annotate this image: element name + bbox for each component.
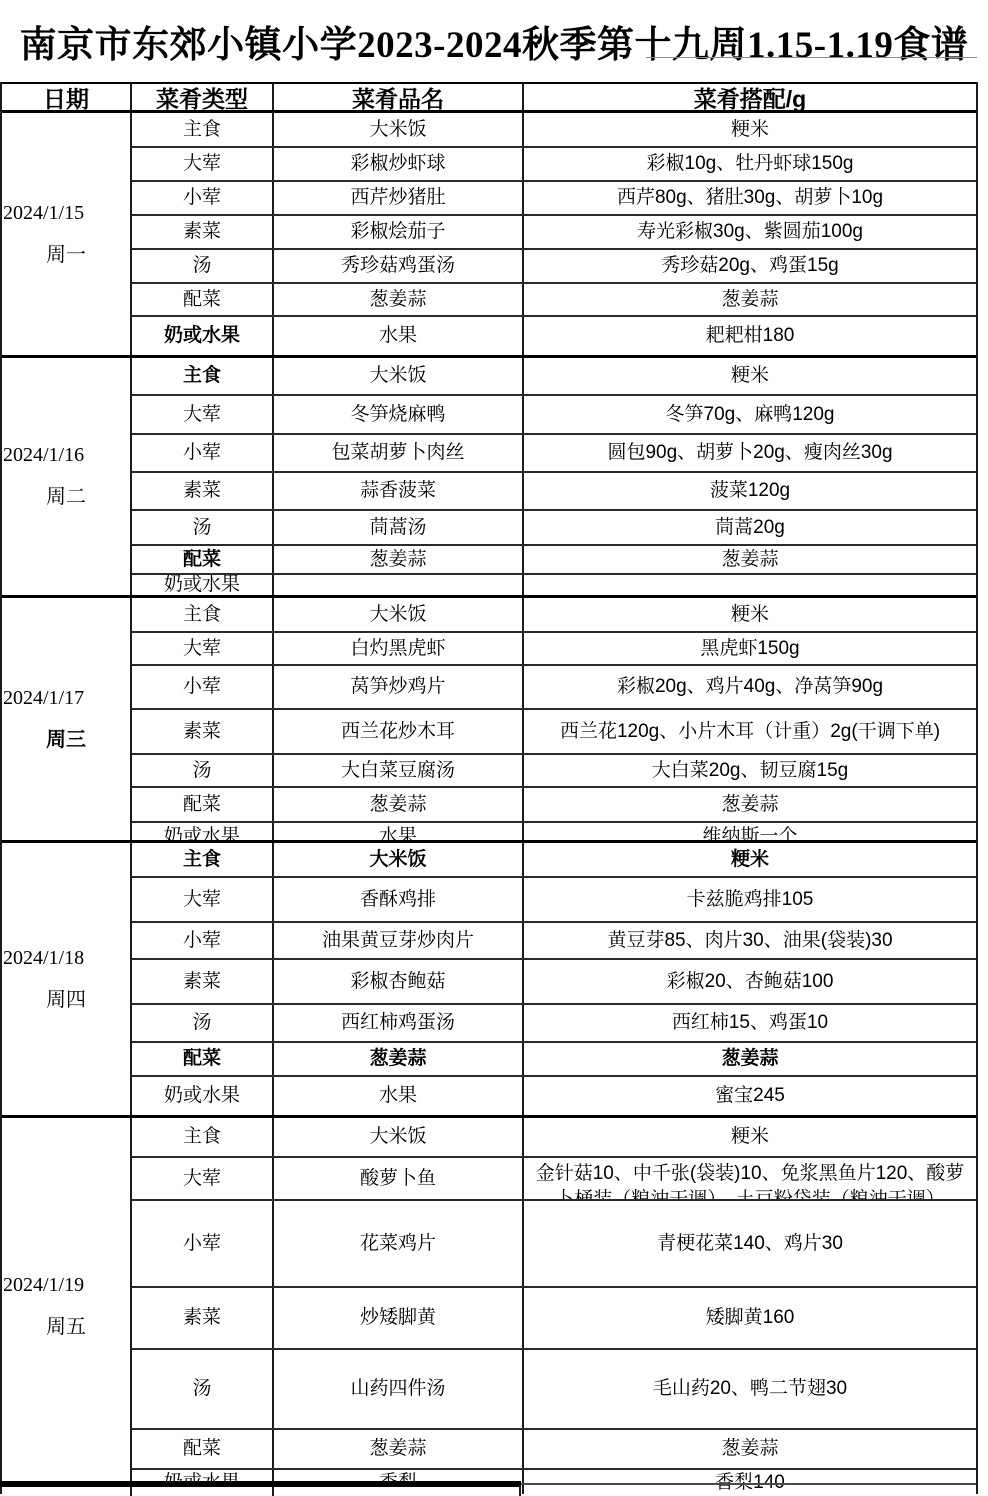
dish-pairing-cell: 冬笋70g、麻鸭120g (524, 396, 976, 433)
dish-type-cell: 配菜 (132, 1430, 274, 1468)
column-border-segment (130, 1487, 132, 1496)
menu-row: 奶或水果水果耙耙柑180 (132, 317, 976, 355)
menu-row: 配菜葱姜蒜葱姜蒜 (132, 546, 976, 575)
day-block: 2024/1/15周一主食大米饭粳米大荤彩椒炒虾球彩椒10g、牡丹虾球150g小… (2, 113, 976, 358)
dish-name-cell: 大米饭 (274, 1118, 524, 1156)
weekday-text: 周三 (46, 723, 86, 752)
dish-type-cell: 大荤 (132, 148, 274, 180)
dish-name-cell: 西红柿鸡蛋汤 (274, 1005, 524, 1041)
dish-pairing-cell: 葱姜蒜 (524, 1043, 976, 1075)
dish-type-cell: 小荤 (132, 435, 274, 471)
header-cell-date: 日期 (2, 84, 132, 110)
dish-type-cell: 大荤 (132, 1158, 274, 1199)
dish-name-cell: 葱姜蒜 (274, 1043, 524, 1075)
dish-pairing-cell: 香梨140 (524, 1470, 976, 1494)
dish-type-cell: 汤 (132, 755, 274, 786)
days: 2024/1/15周一主食大米饭粳米大荤彩椒炒虾球彩椒10g、牡丹虾球150g小… (2, 113, 976, 1494)
dish-name-cell: 水果 (274, 1077, 524, 1115)
header-row: 日期 菜肴类型 菜肴品名 菜肴搭配/g (2, 82, 976, 113)
dish-type-cell: 大荤 (132, 633, 274, 664)
header-cell-pairing: 菜肴搭配/g (524, 84, 976, 110)
dish-name-cell: 彩椒烩茄子 (274, 216, 524, 248)
dish-pairing-cell (524, 575, 976, 595)
dish-type-cell: 小荤 (132, 182, 274, 214)
date-text: 2024/1/16 (2, 444, 130, 467)
dish-pairing-cell: 耙耙柑180 (524, 317, 976, 355)
dish-type-cell: 素菜 (132, 473, 274, 509)
weekday-text: 周二 (46, 480, 86, 509)
dish-type-cell: 大荤 (132, 396, 274, 433)
menu-row: 大荤白灼黑虎虾黑虎虾150g (132, 633, 976, 666)
dish-name-cell: 花菜鸡片 (274, 1201, 524, 1286)
dish-pairing-cell: 菠菜120g (524, 473, 976, 509)
dish-pairing-cell: 圆包90g、胡萝卜20g、瘦肉丝30g (524, 435, 976, 471)
weekday-text: 周五 (46, 1310, 86, 1339)
menu-row: 奶或水果水果维纳斯一个 (132, 823, 976, 840)
dish-type-cell: 素菜 (132, 710, 274, 753)
date-cell: 2024/1/17周三 (2, 598, 132, 840)
dish-name-cell (274, 575, 524, 595)
dish-pairing-cell: 葱姜蒜 (524, 546, 976, 573)
dish-name-cell: 彩椒杏鲍菇 (274, 960, 524, 1003)
date-text: 2024/1/19 (2, 1274, 130, 1297)
menu-row: 小荤花菜鸡片青梗花菜140、鸡片30 (132, 1201, 976, 1288)
dish-type-cell: 主食 (132, 843, 274, 876)
menu-row: 主食大米饭粳米 (132, 358, 976, 396)
menu-row: 素菜西兰花炒木耳西兰花120g、小片木耳（计重）2g(干调下单) (132, 710, 976, 755)
date-cell: 2024/1/15周一 (2, 113, 132, 355)
menu-row: 汤茼蒿汤茼蒿20g (132, 511, 976, 546)
menu-row: 主食大米饭粳米 (132, 1118, 976, 1158)
dish-name-cell: 包菜胡萝卜肉丝 (274, 435, 524, 471)
menu-row: 小荤包菜胡萝卜肉丝圆包90g、胡萝卜20g、瘦肉丝30g (132, 435, 976, 473)
dish-pairing-cell: 葱姜蒜 (524, 788, 976, 821)
dish-name-cell: 葱姜蒜 (274, 284, 524, 315)
header-cell-name: 菜肴品名 (274, 84, 524, 110)
menu-row: 汤山药四件汤毛山药20、鸭二节翅30 (132, 1350, 976, 1430)
menu-row: 大荤冬笋烧麻鸭冬笋70g、麻鸭120g (132, 396, 976, 435)
dish-type-cell: 大荤 (132, 878, 274, 921)
border-cover (2, 1487, 519, 1496)
dish-name-cell: 大米饭 (274, 113, 524, 146)
menu-table: 日期 菜肴类型 菜肴品名 菜肴搭配/g 2024/1/15周一主食大米饭粳米大荤… (0, 82, 978, 1494)
date-text: 2024/1/15 (2, 202, 130, 225)
dish-pairing-cell: 粳米 (524, 1118, 976, 1156)
menu-row: 素菜炒矮脚黄矮脚黄160 (132, 1288, 976, 1350)
dish-pairing-cell: 黄豆芽85、肉片30、油果(袋装)30 (524, 923, 976, 958)
menu-row: 大荤彩椒炒虾球彩椒10g、牡丹虾球150g (132, 148, 976, 182)
dish-type-cell: 配菜 (132, 546, 274, 573)
dish-type-cell: 主食 (132, 358, 274, 394)
menu-row: 主食大米饭粳米 (132, 113, 976, 148)
recipe-title: 南京市东郊小镇小学2023-2024秋季第十九周1.15-1.19食谱 (0, 0, 988, 82)
dish-pairing-cell: 西兰花120g、小片木耳（计重）2g(干调下单) (524, 710, 976, 753)
dish-type-cell: 小荤 (132, 666, 274, 708)
dish-pairing-cell: 茼蒿20g (524, 511, 976, 544)
menu-row: 奶或水果水果蜜宝245 (132, 1077, 976, 1115)
dish-type-cell: 小荤 (132, 923, 274, 958)
dish-name-cell: 大米饭 (274, 358, 524, 394)
weekday-text: 周四 (46, 983, 86, 1012)
dish-pairing-cell: 矮脚黄160 (524, 1288, 976, 1348)
dish-name-cell: 葱姜蒜 (274, 788, 524, 821)
dish-name-cell: 大白菜豆腐汤 (274, 755, 524, 786)
date-cell: 2024/1/19周五 (2, 1118, 132, 1494)
date-text: 2024/1/17 (2, 687, 130, 710)
dish-name-cell: 莴笋炒鸡片 (274, 666, 524, 708)
weekday-text: 周一 (46, 238, 86, 267)
dish-name-cell: 酸萝卜鱼 (274, 1158, 524, 1199)
dish-name-cell: 炒矮脚黄 (274, 1288, 524, 1348)
dish-name-cell: 茼蒿汤 (274, 511, 524, 544)
dish-pairing-cell: 粳米 (524, 598, 976, 631)
menu-row: 主食大米饭粳米 (132, 843, 976, 878)
date-cell: 2024/1/16周二 (2, 358, 132, 595)
dish-type-cell: 小荤 (132, 1201, 274, 1286)
menu-row: 小荤西芹炒猪肚西芹80g、猪肚30g、胡萝卜10g (132, 182, 976, 216)
menu-row: 配菜葱姜蒜葱姜蒜 (132, 1043, 976, 1077)
menu-row: 小荤油果黄豆芽炒肉片黄豆芽85、肉片30、油果(袋装)30 (132, 923, 976, 960)
dish-type-cell: 主食 (132, 113, 274, 146)
dish-name-cell: 冬笋烧麻鸭 (274, 396, 524, 433)
dish-type-cell: 奶或水果 (132, 823, 274, 840)
dish-name-cell: 白灼黑虎虾 (274, 633, 524, 664)
dish-pairing-cell: 西芹80g、猪肚30g、胡萝卜10g (524, 182, 976, 214)
dish-type-cell: 汤 (132, 1350, 274, 1428)
dish-pairing-cell: 粳米 (524, 843, 976, 876)
dish-name-cell: 香酥鸡排 (274, 878, 524, 921)
dish-pairing-cell: 彩椒10g、牡丹虾球150g (524, 148, 976, 180)
date-cell: 2024/1/18周四 (2, 843, 132, 1115)
dish-type-cell: 汤 (132, 250, 274, 282)
dish-type-cell: 奶或水果 (132, 575, 274, 595)
day-block: 2024/1/19周五主食大米饭粳米大荤酸萝卜鱼金针菇10、中千张(袋装)10、… (2, 1118, 976, 1494)
dish-type-cell: 奶或水果 (132, 1077, 274, 1115)
dish-pairing-cell: 粳米 (524, 113, 976, 146)
menu-row: 小荤莴笋炒鸡片彩椒20g、鸡片40g、净莴笋90g (132, 666, 976, 710)
dish-type-cell: 主食 (132, 1118, 274, 1156)
dish-pairing-cell: 秀珍菇20g、鸡蛋15g (524, 250, 976, 282)
dish-name-cell: 油果黄豆芽炒肉片 (274, 923, 524, 958)
dish-name-cell: 西兰花炒木耳 (274, 710, 524, 753)
dish-pairing-cell: 黑虎虾150g (524, 633, 976, 664)
day-block: 2024/1/17周三主食大米饭粳米大荤白灼黑虎虾黑虎虾150g小荤莴笋炒鸡片彩… (2, 598, 976, 843)
dish-pairing-cell: 蜜宝245 (524, 1077, 976, 1115)
menu-row: 配菜葱姜蒜葱姜蒜 (132, 1430, 976, 1470)
column-border-segment (272, 1487, 274, 1496)
dish-name-cell: 西芹炒猪肚 (274, 182, 524, 214)
menu-row: 奶或水果 (132, 575, 976, 595)
header-cell-type: 菜肴类型 (132, 84, 274, 110)
menu-row: 主食大米饭粳米 (132, 598, 976, 633)
menu-row: 大荤酸萝卜鱼金针菇10、中千张(袋装)10、免浆黑鱼片120、酸萝卜桶装（粮油干… (132, 1158, 976, 1201)
dish-name-cell: 水果 (274, 823, 524, 840)
menu-row: 汤西红柿鸡蛋汤西红柿15、鸡蛋10 (132, 1005, 976, 1043)
dish-type-cell: 汤 (132, 1005, 274, 1041)
dish-type-cell: 素菜 (132, 960, 274, 1003)
day-block: 2024/1/16周二主食大米饭粳米大荤冬笋烧麻鸭冬笋70g、麻鸭120g小荤包… (2, 358, 976, 598)
menu-row: 配菜葱姜蒜葱姜蒜 (132, 284, 976, 317)
dish-type-cell: 汤 (132, 511, 274, 544)
dish-pairing-cell: 青梗花菜140、鸡片30 (524, 1201, 976, 1286)
menu-row: 素菜蒜香菠菜菠菜120g (132, 473, 976, 511)
dish-pairing-cell: 彩椒20、杏鲍菇100 (524, 960, 976, 1003)
dish-pairing-cell: 金针菇10、中千张(袋装)10、免浆黑鱼片120、酸萝卜桶装（粮油干调）、土豆粉… (524, 1158, 976, 1199)
dish-pairing-cell: 毛山药20、鸭二节翅30 (524, 1350, 976, 1428)
dish-type-cell: 配菜 (132, 788, 274, 821)
dish-type-cell: 主食 (132, 598, 274, 631)
menu-row: 汤秀珍菇鸡蛋汤秀珍菇20g、鸡蛋15g (132, 250, 976, 284)
menu-row: 素菜彩椒杏鲍菇彩椒20、杏鲍菇100 (132, 960, 976, 1005)
dish-pairing-cell: 卡兹脆鸡排105 (524, 878, 976, 921)
dish-pairing-cell: 寿光彩椒30g、紫圆茄100g (524, 216, 976, 248)
menu-row: 素菜彩椒烩茄子寿光彩椒30g、紫圆茄100g (132, 216, 976, 250)
dish-type-cell: 配菜 (132, 284, 274, 315)
dish-type-cell: 奶或水果 (132, 317, 274, 355)
dish-name-cell: 大米饭 (274, 843, 524, 876)
title-artifact-line (646, 57, 977, 58)
dish-name-cell: 大米饭 (274, 598, 524, 631)
dish-type-cell: 素菜 (132, 1288, 274, 1348)
day-block: 2024/1/18周四主食大米饭粳米大荤香酥鸡排卡兹脆鸡排105小荤油果黄豆芽炒… (2, 843, 976, 1118)
dish-name-cell: 葱姜蒜 (274, 1430, 524, 1468)
dish-pairing-cell: 葱姜蒜 (524, 1430, 976, 1468)
dish-name-cell: 彩椒炒虾球 (274, 148, 524, 180)
dish-name-cell: 水果 (274, 317, 524, 355)
column-border-segment (519, 1487, 521, 1496)
dish-pairing-cell: 彩椒20g、鸡片40g、净莴笋90g (524, 666, 976, 708)
dish-name-cell: 山药四件汤 (274, 1350, 524, 1428)
dish-pairing-cell: 西红柿15、鸡蛋10 (524, 1005, 976, 1041)
date-text: 2024/1/18 (2, 947, 130, 970)
menu-row: 配菜葱姜蒜葱姜蒜 (132, 788, 976, 823)
bottom-thin-border (521, 1483, 976, 1485)
dish-name-cell: 蒜香菠菜 (274, 473, 524, 509)
menu-row: 汤大白菜豆腐汤大白菜20g、韧豆腐15g (132, 755, 976, 788)
dish-type-cell: 素菜 (132, 216, 274, 248)
dish-type-cell: 配菜 (132, 1043, 274, 1075)
dish-pairing-cell: 大白菜20g、韧豆腐15g (524, 755, 976, 786)
dish-name-cell: 秀珍菇鸡蛋汤 (274, 250, 524, 282)
menu-row: 大荤香酥鸡排卡兹脆鸡排105 (132, 878, 976, 923)
dish-pairing-cell: 粳米 (524, 358, 976, 394)
dish-pairing-cell: 维纳斯一个 (524, 823, 976, 840)
dish-pairing-cell: 葱姜蒜 (524, 284, 976, 315)
dish-name-cell: 葱姜蒜 (274, 546, 524, 573)
page: 南京市东郊小镇小学2023-2024秋季第十九周1.15-1.19食谱 日期 菜… (0, 0, 988, 1496)
